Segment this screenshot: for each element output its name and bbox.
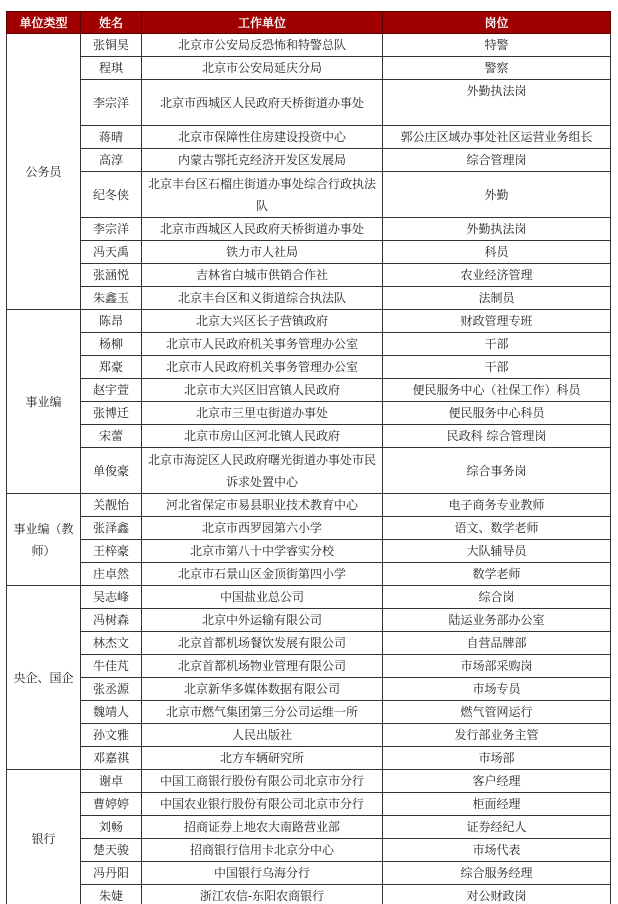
post-cell: 市场部 [383, 747, 611, 770]
post-cell: 便民服务中心科员 [383, 402, 611, 425]
name-cell: 曹婷婷 [81, 793, 142, 816]
table-row: 朱鑫玉北京丰台区和义街道综合执法队法制员 [7, 287, 611, 310]
table-row: 央企、国企吴志峰中国盐业总公司综合岗 [7, 586, 611, 609]
table-row: 冯丹阳中国银行乌海分行综合服务经理 [7, 862, 611, 885]
org-cell: 人民出版社 [142, 724, 383, 747]
name-cell: 张铜昊 [81, 34, 142, 57]
name-cell: 赵宇萱 [81, 379, 142, 402]
name-cell: 李宗洋 [81, 218, 142, 241]
table-row: 林杰文北京首都机场餐饮发展有限公司自营品牌部 [7, 632, 611, 655]
post-cell: 柜面经理 [383, 793, 611, 816]
post-cell: 陆运业务部办公室 [383, 609, 611, 632]
table-row: 纪冬侠北京丰台区石榴庄街道办事处综合行政执法队外勤 [7, 172, 611, 218]
post-cell: 电子商务专业教师 [383, 494, 611, 517]
table-row: 张丞源北京新华多媒体数据有限公司市场专员 [7, 678, 611, 701]
table-row: 刘畅招商证券上地农大南路营业部证券经纪人 [7, 816, 611, 839]
post-cell: 便民服务中心（社保工作）科员 [383, 379, 611, 402]
name-cell: 李宗洋 [81, 80, 142, 126]
org-cell: 北京市燃气集团第三分公司运维一所 [142, 701, 383, 724]
name-cell: 朱婕 [81, 885, 142, 904]
org-cell: 内蒙古鄂托克经济开发区发展局 [142, 149, 383, 172]
name-cell: 谢卓 [81, 770, 142, 793]
table-row: 宋蕾北京市房山区河北镇人民政府民政科 综合管理岗 [7, 425, 611, 448]
org-cell: 北京市石景山区金顶街第四小学 [142, 563, 383, 586]
table-row: 高淳内蒙古鄂托克经济开发区发展局综合管理岗 [7, 149, 611, 172]
name-cell: 林杰文 [81, 632, 142, 655]
post-cell: 郭公庄区域办事处社区运营业务组长 [383, 126, 611, 149]
name-cell: 楚天骏 [81, 839, 142, 862]
post-cell: 综合服务经理 [383, 862, 611, 885]
name-cell: 牛佳芃 [81, 655, 142, 678]
post-cell: 自营品牌部 [383, 632, 611, 655]
org-cell: 北京丰台区和义街道综合执法队 [142, 287, 383, 310]
post-cell: 民政科 综合管理岗 [383, 425, 611, 448]
table-row: 冯树森北京中外运输有限公司陆运业务部办公室 [7, 609, 611, 632]
name-cell: 魏靖人 [81, 701, 142, 724]
post-cell: 大队辅导员 [383, 540, 611, 563]
post-cell: 财政管理专班 [383, 310, 611, 333]
table-row: 程琪北京市公安局延庆分局警察 [7, 57, 611, 80]
post-cell: 综合管理岗 [383, 149, 611, 172]
org-cell: 浙江农信-东阳农商银行 [142, 885, 383, 904]
table-row: 庄卓然北京市石景山区金顶街第四小学数学老师 [7, 563, 611, 586]
table-row: 牛佳芃北京首都机场物业管理有限公司市场部采购岗 [7, 655, 611, 678]
category-cell: 公务员 [7, 34, 81, 310]
post-cell: 发行部业务主管 [383, 724, 611, 747]
post-cell: 数学老师 [383, 563, 611, 586]
org-cell: 北京首都机场餐饮发展有限公司 [142, 632, 383, 655]
post-cell: 外勤 [383, 172, 611, 218]
org-cell: 北京市西罗园第六小学 [142, 517, 383, 540]
table-row: 曹婷婷中国农业银行股份有限公司北京市分行柜面经理 [7, 793, 611, 816]
table-row: 蒋晴北京市保障性住房建设投资中心郭公庄区域办事处社区运营业务组长 [7, 126, 611, 149]
name-cell: 冯树森 [81, 609, 142, 632]
table-row: 事业编陈昂北京大兴区长子营镇政府财政管理专班 [7, 310, 611, 333]
org-cell: 北京市海淀区人民政府曙光街道办事处市民诉求处置中心 [142, 448, 383, 494]
org-cell: 中国银行乌海分行 [142, 862, 383, 885]
table-row: 张泽鑫北京市西罗园第六小学语文、数学老师 [7, 517, 611, 540]
name-cell: 宋蕾 [81, 425, 142, 448]
org-cell: 北京市三里屯街道办事处 [142, 402, 383, 425]
table-row: 公务员张铜昊北京市公安局反恐怖和特警总队特警 [7, 34, 611, 57]
org-cell: 北京中外运输有限公司 [142, 609, 383, 632]
name-cell: 冯丹阳 [81, 862, 142, 885]
org-cell: 北京市保障性住房建设投资中心 [142, 126, 383, 149]
name-cell: 庄卓然 [81, 563, 142, 586]
employment-table: 单位类型 姓名 工作单位 岗位 公务员张铜昊北京市公安局反恐怖和特警总队特警程琪… [6, 11, 611, 904]
org-cell: 中国盐业总公司 [142, 586, 383, 609]
name-cell: 关靓怡 [81, 494, 142, 517]
post-cell: 特警 [383, 34, 611, 57]
table-row: 银行谢卓中国工商银行股份有限公司北京市分行客户经理 [7, 770, 611, 793]
name-cell: 张博迁 [81, 402, 142, 425]
post-cell: 法制员 [383, 287, 611, 310]
name-cell: 孙文雅 [81, 724, 142, 747]
post-cell: 综合事务岗 [383, 448, 611, 494]
org-cell: 吉林省白城市供销合作社 [142, 264, 383, 287]
org-cell: 北京首都机场物业管理有限公司 [142, 655, 383, 678]
org-cell: 招商银行信用卡北京分中心 [142, 839, 383, 862]
post-cell: 客户经理 [383, 770, 611, 793]
name-cell: 张泽鑫 [81, 517, 142, 540]
table-row: 郑豪北京市人民政府机关事务管理办公室干部 [7, 356, 611, 379]
post-cell: 市场部采购岗 [383, 655, 611, 678]
post-cell: 语文、数学老师 [383, 517, 611, 540]
org-cell: 北京市人民政府机关事务管理办公室 [142, 333, 383, 356]
table-row: 楚天骏招商银行信用卡北京分中心市场代表 [7, 839, 611, 862]
table-row: 李宗洋北京市西城区人民政府天桥街道办事处外勤执法岗 [7, 218, 611, 241]
header-name: 姓名 [81, 12, 142, 34]
name-cell: 郑豪 [81, 356, 142, 379]
org-cell: 北京市人民政府机关事务管理办公室 [142, 356, 383, 379]
org-cell: 北京市第八十中学睿实分校 [142, 540, 383, 563]
post-cell: 燃气管网运行 [383, 701, 611, 724]
org-cell: 北京市大兴区旧宫镇人民政府 [142, 379, 383, 402]
org-cell: 铁力市人社局 [142, 241, 383, 264]
org-cell: 招商证券上地农大南路营业部 [142, 816, 383, 839]
table-row: 魏靖人北京市燃气集团第三分公司运维一所燃气管网运行 [7, 701, 611, 724]
org-cell: 北京市公安局延庆分局 [142, 57, 383, 80]
name-cell: 陈昂 [81, 310, 142, 333]
name-cell: 王梓豪 [81, 540, 142, 563]
table-row: 朱婕浙江农信-东阳农商银行对公财政岗 [7, 885, 611, 904]
post-cell: 干部 [383, 333, 611, 356]
table-row: 邓嘉祺北方车辆研究所市场部 [7, 747, 611, 770]
post-cell: 农业经济管理 [383, 264, 611, 287]
name-cell: 程琪 [81, 57, 142, 80]
table-row: 杨柳北京市人民政府机关事务管理办公室干部 [7, 333, 611, 356]
category-cell: 银行 [7, 770, 81, 904]
table-row: 王梓豪北京市第八十中学睿实分校大队辅导员 [7, 540, 611, 563]
org-cell: 北京市公安局反恐怖和特警总队 [142, 34, 383, 57]
name-cell: 张涵悦 [81, 264, 142, 287]
org-cell: 北京新华多媒体数据有限公司 [142, 678, 383, 701]
name-cell: 吴志峰 [81, 586, 142, 609]
table-row: 单俊豪北京市海淀区人民政府曙光街道办事处市民诉求处置中心综合事务岗 [7, 448, 611, 494]
name-cell: 朱鑫玉 [81, 287, 142, 310]
org-cell: 河北省保定市易县职业技术教育中心 [142, 494, 383, 517]
name-cell: 杨柳 [81, 333, 142, 356]
name-cell: 单俊豪 [81, 448, 142, 494]
org-cell: 北京市西城区人民政府天桥街道办事处 [142, 218, 383, 241]
post-cell: 干部 [383, 356, 611, 379]
header-org: 工作单位 [142, 12, 383, 34]
category-cell: 事业编（教师） [7, 494, 81, 586]
post-cell: 证券经纪人 [383, 816, 611, 839]
header-type: 单位类型 [7, 12, 81, 34]
org-cell: 北京市西城区人民政府天桥街道办事处 [142, 80, 383, 126]
table-row: 事业编（教师）关靓怡河北省保定市易县职业技术教育中心电子商务专业教师 [7, 494, 611, 517]
post-cell: 对公财政岗 [383, 885, 611, 904]
category-cell: 事业编 [7, 310, 81, 494]
org-cell: 北京市房山区河北镇人民政府 [142, 425, 383, 448]
org-cell: 中国农业银行股份有限公司北京市分行 [142, 793, 383, 816]
name-cell: 冯天禹 [81, 241, 142, 264]
post-cell: 综合岗 [383, 586, 611, 609]
header-row: 单位类型 姓名 工作单位 岗位 [7, 12, 611, 34]
category-cell: 央企、国企 [7, 586, 81, 770]
table-row: 赵宇萱北京市大兴区旧宫镇人民政府便民服务中心（社保工作）科员 [7, 379, 611, 402]
post-cell: 市场专员 [383, 678, 611, 701]
post-cell: 科员 [383, 241, 611, 264]
table-row: 孙文雅人民出版社发行部业务主管 [7, 724, 611, 747]
name-cell: 纪冬侠 [81, 172, 142, 218]
table-row: 张博迁北京市三里屯街道办事处便民服务中心科员 [7, 402, 611, 425]
name-cell: 张丞源 [81, 678, 142, 701]
name-cell: 刘畅 [81, 816, 142, 839]
name-cell: 蒋晴 [81, 126, 142, 149]
name-cell: 邓嘉祺 [81, 747, 142, 770]
org-cell: 中国工商银行股份有限公司北京市分行 [142, 770, 383, 793]
table-row: 冯天禹铁力市人社局科员 [7, 241, 611, 264]
post-cell: 警察 [383, 57, 611, 80]
header-post: 岗位 [383, 12, 611, 34]
post-cell: 外勤执法岗 [383, 80, 611, 126]
table-row: 张涵悦吉林省白城市供销合作社农业经济管理 [7, 264, 611, 287]
org-cell: 北京丰台区石榴庄街道办事处综合行政执法队 [142, 172, 383, 218]
post-cell: 市场代表 [383, 839, 611, 862]
post-cell: 外勤执法岗 [383, 218, 611, 241]
org-cell: 北方车辆研究所 [142, 747, 383, 770]
org-cell: 北京大兴区长子营镇政府 [142, 310, 383, 333]
table-row: 李宗洋北京市西城区人民政府天桥街道办事处外勤执法岗 [7, 80, 611, 126]
name-cell: 高淳 [81, 149, 142, 172]
